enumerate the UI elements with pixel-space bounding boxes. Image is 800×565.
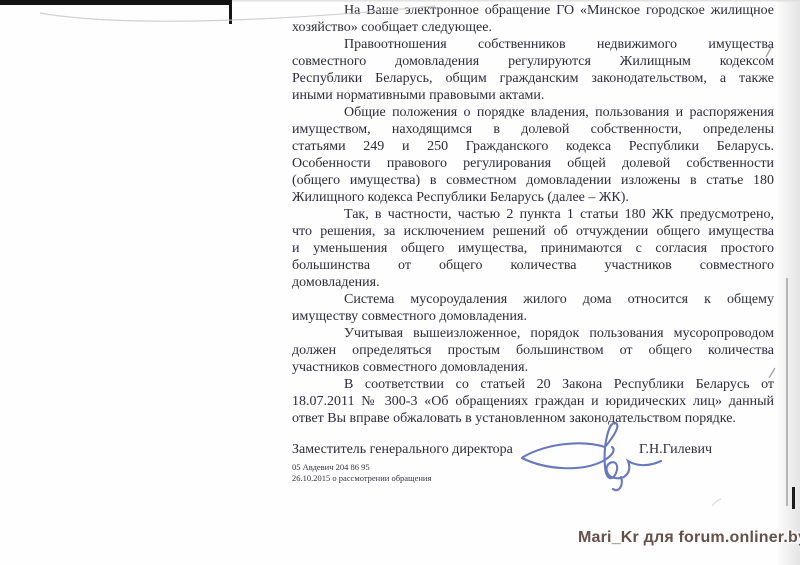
letter-text-column: На Ваше электронное обращение ГО «Минско…	[292, 2, 774, 484]
paragraph-line: должен определяться простым большинством…	[292, 342, 774, 359]
executor-notes: 05 Авдевич 204 86 95 26.10.2015 о рассмо…	[292, 462, 774, 484]
scan-corner-line	[229, 0, 232, 24]
signer-name: Г.Н.Гилевич	[639, 441, 712, 458]
paragraph-line: Правоотношения собственников недвижимого…	[292, 36, 774, 53]
executor-phone-line: 05 Авдевич 204 86 95	[292, 462, 774, 473]
paragraph-line: имуществом, находящимся в долевой собств…	[292, 121, 774, 138]
registration-line: 26.10.2015 о рассмотрении обращения	[292, 473, 774, 484]
paragraph-line: Система мусороудаления жилого дома относ…	[292, 291, 774, 308]
paragraph-line: хозяйство» сообщает следующее.	[292, 19, 774, 36]
paragraph-line: В соответствии со статьей 20 Закона Респ…	[292, 376, 774, 393]
paragraph-line: Жилищного кодекса Республики Беларусь (д…	[292, 189, 774, 206]
paragraph-line: Учитывая вышеизложенное, порядок пользов…	[292, 325, 774, 342]
paragraph-line: совместного домовладения регулируются Жи…	[292, 53, 774, 70]
letter-body: На Ваше электронное обращение ГО «Минско…	[292, 2, 774, 427]
paragraph-line: имуществу совместного домовладения.	[292, 308, 774, 325]
paragraph-line: домовладения.	[292, 274, 774, 291]
paragraph-line: На Ваше электронное обращение ГО «Минско…	[292, 2, 774, 19]
smudge-bottom	[712, 499, 721, 506]
scan-top-bar	[0, 0, 232, 5]
paragraph-line: Общие положения о порядке владения, поль…	[292, 104, 774, 121]
paragraph-line: Особенности правового регулирования обще…	[292, 155, 774, 172]
forum-watermark: Mari_Kr для forum.onliner.by	[578, 529, 783, 547]
paragraph-line: статьями 249 и 250 Гражданского кодекса …	[292, 138, 774, 155]
signer-position-title: Заместитель генерального директора	[292, 441, 513, 458]
paragraph-line: ответ Вы вправе обжаловать в установленн…	[292, 410, 774, 427]
paragraph-line: Так, в частности, частью 2 пункта 1 стат…	[292, 206, 774, 223]
paragraph-line: что решения, за исключением решений об о…	[292, 223, 774, 240]
signature-row: Заместитель генерального директора Г.Н.Г…	[292, 441, 712, 458]
paragraph-line: и уменьшения общего имущества, принимают…	[292, 240, 774, 257]
scan-right-edge-shadow	[778, 0, 800, 565]
scanned-letter-page: На Ваше электронное обращение ГО «Минско…	[0, 0, 800, 565]
paragraph-line: Республики Беларусь, общим гражданским з…	[292, 70, 774, 87]
paragraph-line: участников совместного домовладения.	[292, 359, 774, 376]
paragraph-line: большинства от общего количества участни…	[292, 257, 774, 274]
paragraph-line: иными нормативными правовыми актами.	[292, 87, 774, 104]
paragraph-line: 18.07.2011 № 300-3 «Об обращениях гражда…	[292, 393, 774, 410]
paragraph-line: (общего имущества) в совместном домовлад…	[292, 172, 774, 189]
